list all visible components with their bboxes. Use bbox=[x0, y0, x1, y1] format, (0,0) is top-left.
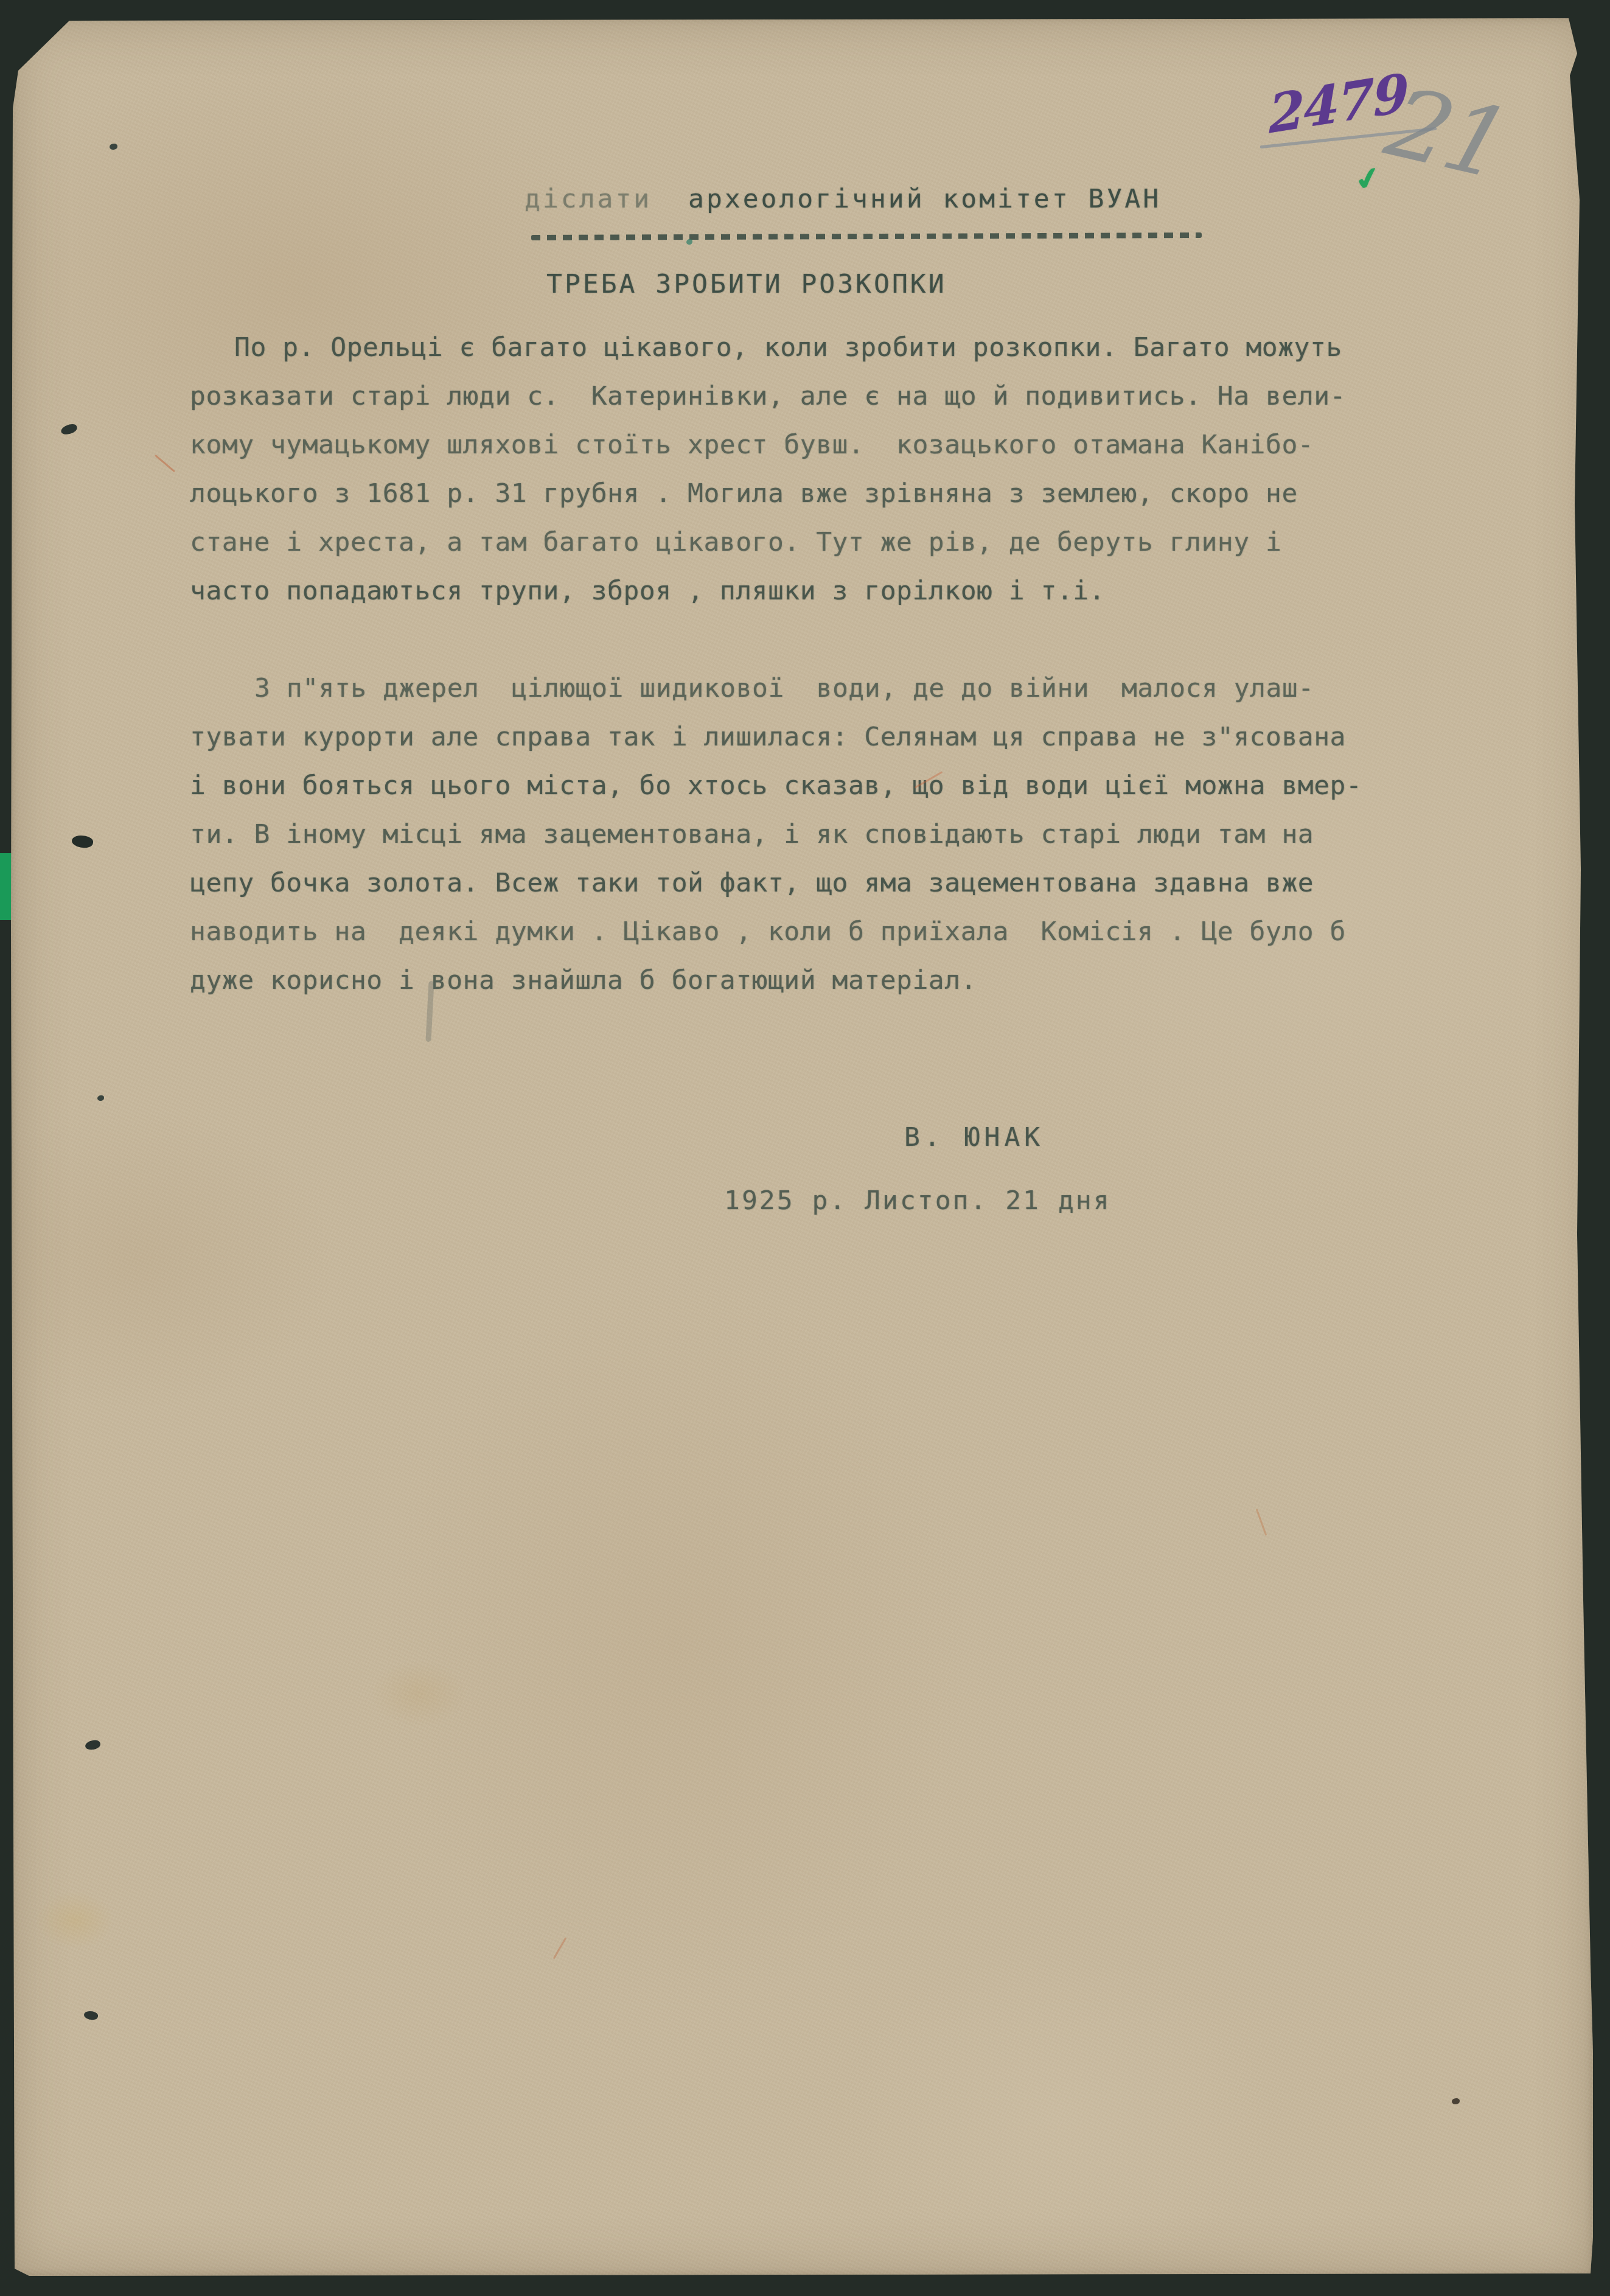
paragraph2-line5: цепу бочка золота. Всеж таки той факт, щ… bbox=[190, 870, 1314, 896]
paragraph2-line3: і вони бояться цього міста, бо хтось ска… bbox=[190, 773, 1362, 799]
header-word-faint: діслати bbox=[524, 184, 652, 214]
paper-fiber bbox=[155, 455, 175, 472]
paper-stain bbox=[370, 1660, 467, 1727]
paper-fiber bbox=[1256, 1509, 1267, 1535]
paragraph2-line1: З п"ять джерел цілющої шидикової води, д… bbox=[254, 675, 1314, 702]
paper-stain bbox=[35, 1891, 114, 1949]
paragraph2-line2: тувати курорти але справа так і лишилася… bbox=[190, 724, 1346, 750]
paper-hole bbox=[60, 423, 78, 436]
paper-speck bbox=[97, 1095, 104, 1101]
paper-speck bbox=[686, 239, 692, 245]
paragraph1-line4: лоцького з 1681 р. 31 грубня . Могила вж… bbox=[190, 481, 1298, 507]
paper-speck bbox=[110, 144, 117, 150]
scanned-archival-document: { "archival_marks": { "registry_number_p… bbox=[0, 0, 1610, 2296]
paragraph1-line5: стане і хреста, а там багато цікавого. Т… bbox=[190, 529, 1281, 556]
green-check-mark: ✔ bbox=[1352, 154, 1382, 199]
paragraph1-line1: По р. Орельці є багато цікавого, коли зр… bbox=[234, 335, 1342, 361]
document-header: діслати археологічний комітет ВУАН bbox=[524, 186, 1161, 212]
paragraph2-line7: дуже корисно і вона знайшла б богатющий … bbox=[190, 968, 977, 994]
paper-hole bbox=[85, 1739, 101, 1750]
document-title: ТРЕБА ЗРОБИТИ РОЗКОПКИ bbox=[546, 271, 947, 298]
signature: В. ЮНАК bbox=[904, 1125, 1044, 1151]
paper-fiber bbox=[553, 1937, 567, 1959]
paragraph1-line3: кому чумацькому шляхові стоїть хрест був… bbox=[190, 432, 1314, 458]
paper-speck bbox=[1452, 2098, 1460, 2104]
paragraph1-line2: розказати старі люди с. Катеринівки, але… bbox=[190, 383, 1346, 410]
paragraph1-line6: часто попадаються трупи, зброя , пляшки … bbox=[190, 578, 1105, 604]
date-line: 1925 р. Листоп. 21 дня bbox=[724, 1188, 1111, 1214]
paper-sheet: діслати археологічний комітет ВУАН ТРЕБА… bbox=[11, 17, 1593, 2276]
header-dashed-underline bbox=[531, 232, 1202, 240]
paragraph2-line4: ти. В іному місці яма зацементована, і я… bbox=[190, 822, 1314, 848]
paragraph2-line6: наводить на деякі думки . Цікаво , коли … bbox=[190, 919, 1346, 945]
header-rest: археологічний комітет ВУАН bbox=[652, 184, 1161, 214]
paper-hole bbox=[83, 2010, 99, 2021]
paper-hole bbox=[71, 834, 94, 850]
